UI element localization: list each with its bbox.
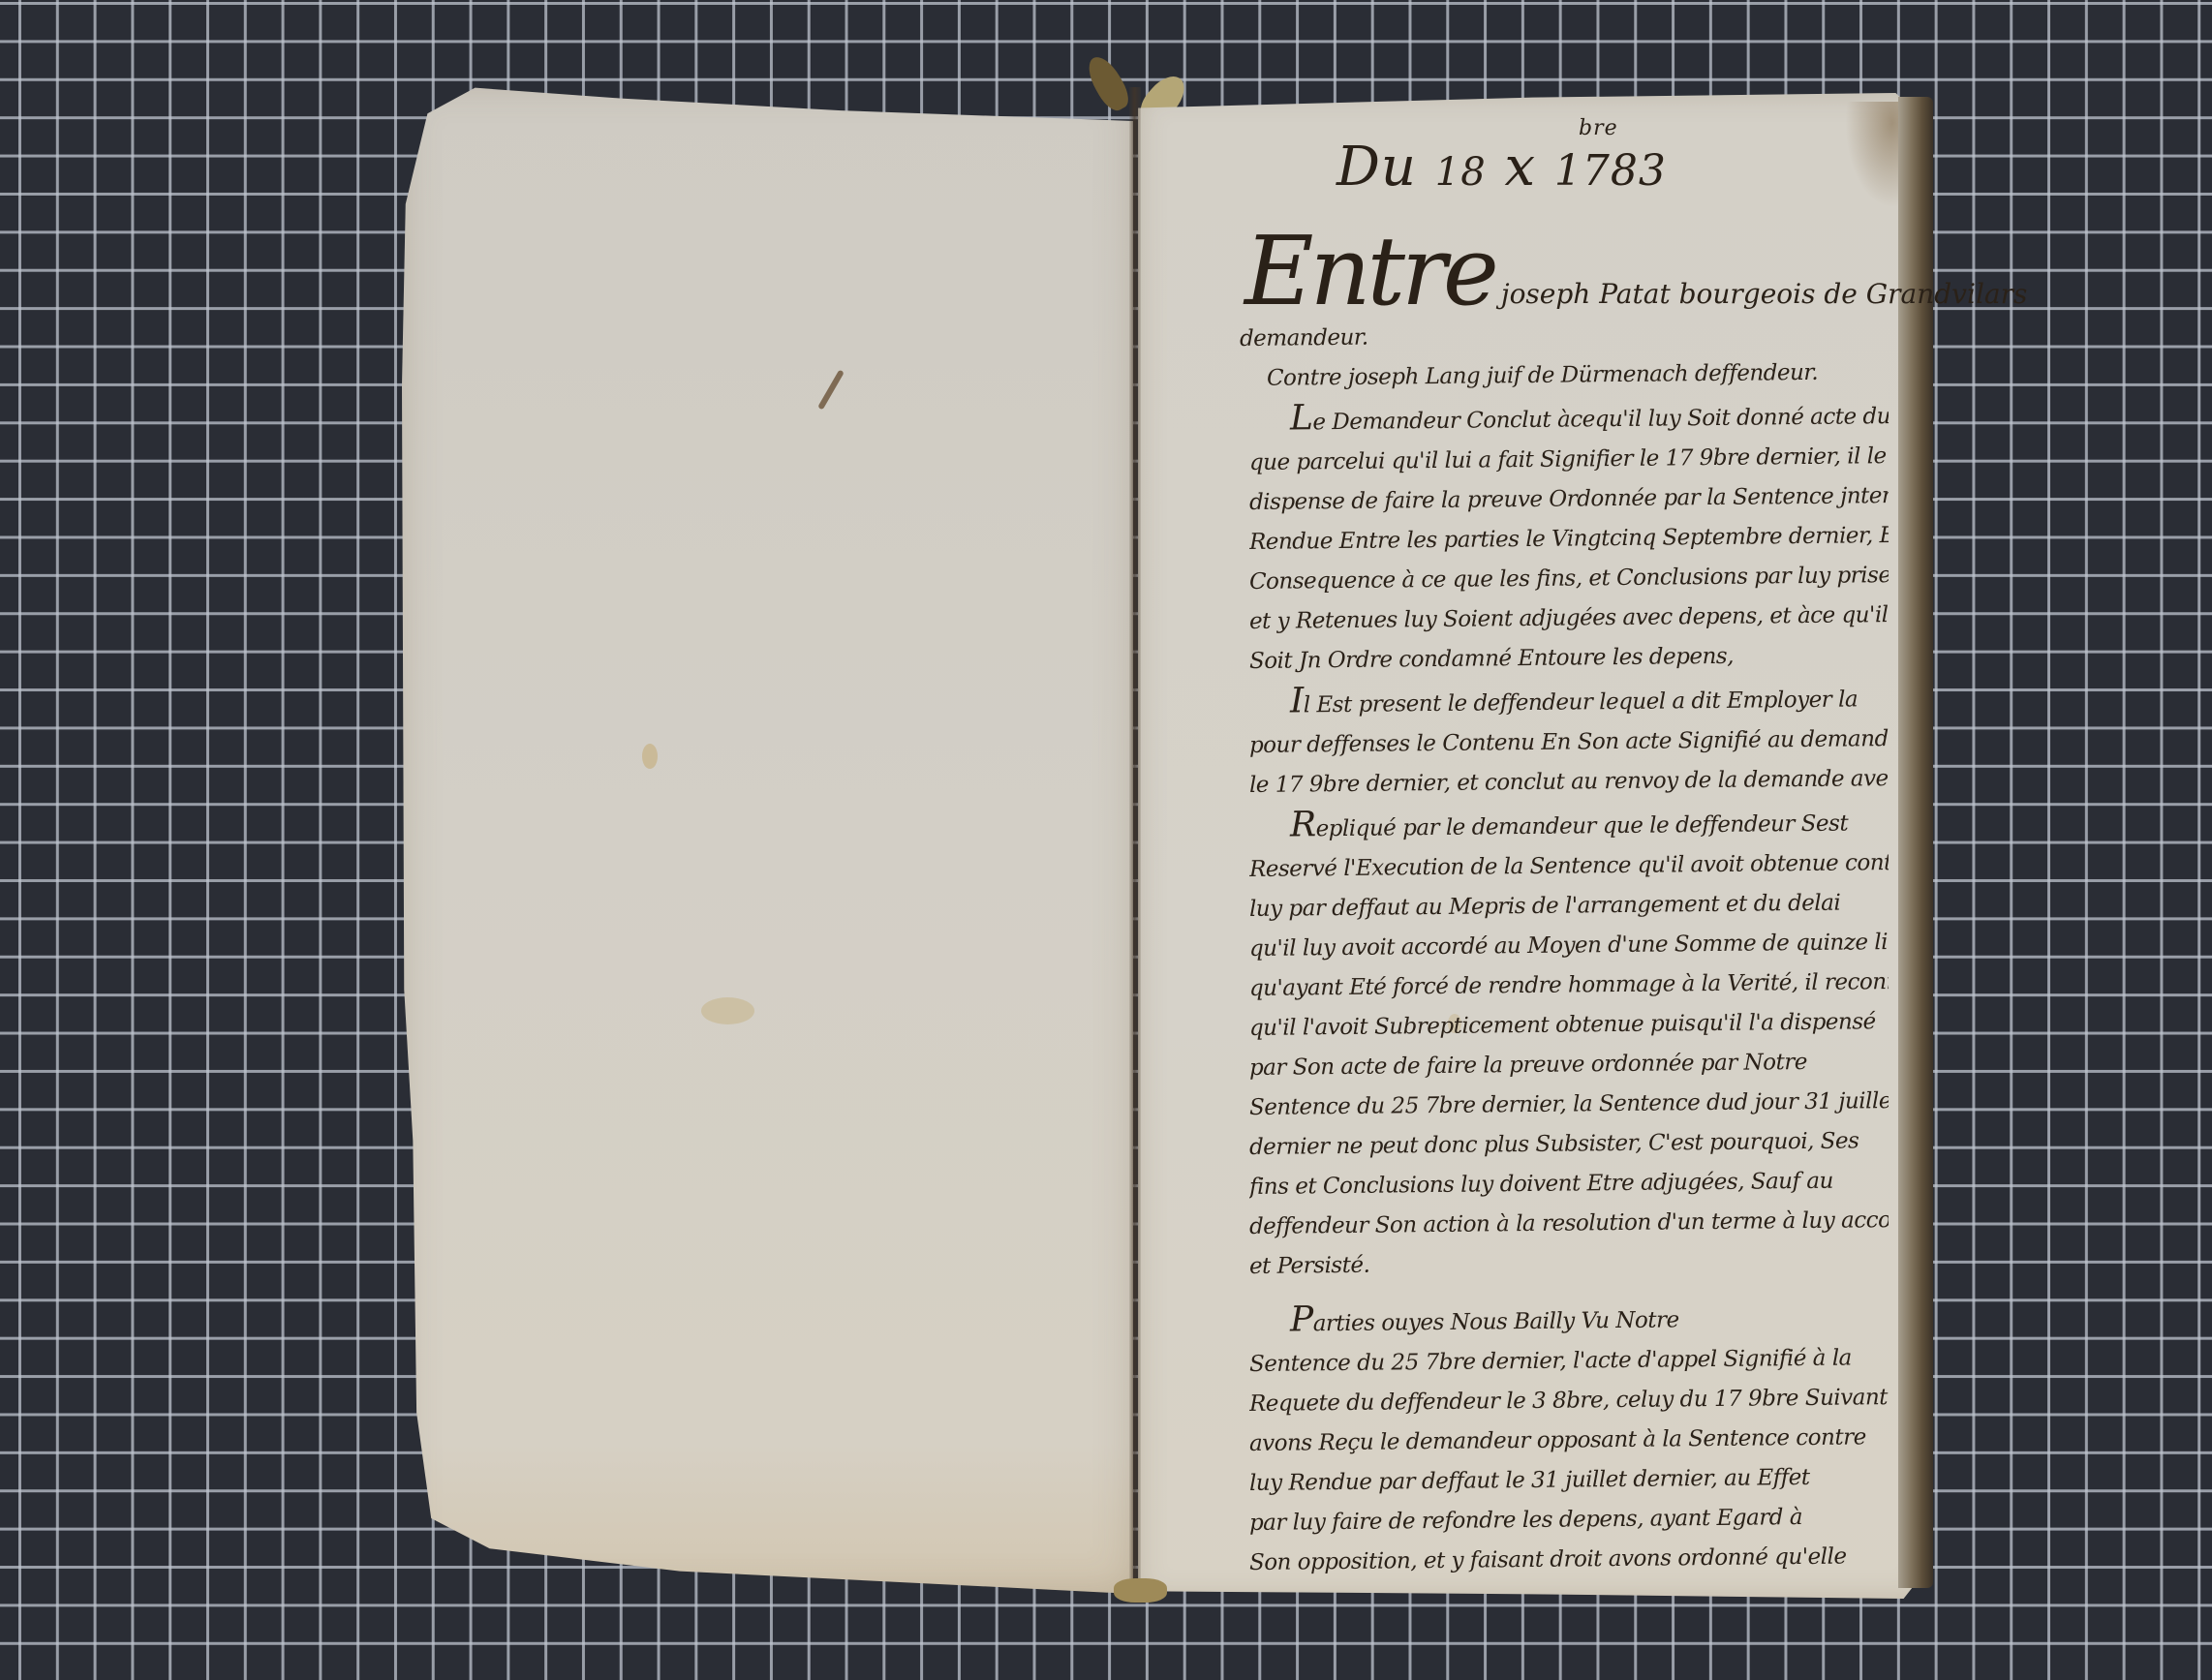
open-manuscript: Du 18 x bre 1783 Entre joseph Patat bour… xyxy=(0,0,2212,1680)
text-line: dispense de faire la preuve Ordonnée par… xyxy=(1249,476,1889,523)
binding-thread-top-left xyxy=(1082,51,1134,115)
text-line: par luy faire de refondre les depens, ay… xyxy=(1249,1497,1889,1543)
date-day: 18 xyxy=(1435,150,1487,195)
text-line: par Son acte de faire la preuve ordonnée… xyxy=(1249,1042,1889,1088)
text-line: Son opposition, et y faisant droit avons… xyxy=(1249,1537,1889,1583)
text-line: fins et Conclusions luy doivent Etre adj… xyxy=(1249,1161,1889,1207)
text-line: Le Demandeur Conclut àcequ'il luy Soit d… xyxy=(1249,392,1889,443)
text-line: luy par deffaut au Mepris de l'arrangeme… xyxy=(1249,883,1889,930)
text-line: dernier ne peut donc plus Subsister, C'e… xyxy=(1249,1121,1889,1168)
text-line: pour deffenses le Contenu En Son acte Si… xyxy=(1249,719,1889,766)
text-line: demandeur. xyxy=(1240,313,1889,359)
text-line: et Persisté. xyxy=(1249,1240,1889,1287)
text-line: Consequence à ce que les fins, et Conclu… xyxy=(1249,556,1889,602)
handwritten-text: Du 18 x bre 1783 Entre joseph Patat bour… xyxy=(1249,136,1889,1583)
text-line: Requete du deffendeur le 3 8bre, celuy d… xyxy=(1249,1378,1889,1424)
text-line: le 17 9bre dernier, et conclut au renvoy… xyxy=(1249,759,1889,806)
text-line: qu'il l'avoit Subrepticement obtenue pui… xyxy=(1249,1002,1889,1049)
text-line: Sentence du 25 7bre dernier, l'acte d'ap… xyxy=(1249,1338,1889,1385)
opening-capital: Entre xyxy=(1244,225,1495,320)
text-line: Contre joseph Lang juif de Dürmenach def… xyxy=(1249,352,1889,399)
page-edges xyxy=(1898,97,1933,1588)
text-line: avons Reçu le demandeur opposant à la Se… xyxy=(1249,1418,1889,1464)
opening-line: Entre joseph Patat bourgeois de Grandvil… xyxy=(1249,213,1889,320)
plaintiff-name: joseph Patat bourgeois de Grandvilars xyxy=(1501,278,2027,310)
text-line: Il Est present le deffendeur lequel a di… xyxy=(1249,675,1889,726)
text-line: Sentence du 25 7bre dernier, la Sentence… xyxy=(1249,1082,1889,1128)
binding-gutter xyxy=(1129,87,1141,1598)
text-line: Repliqué par le demandeur que le deffend… xyxy=(1249,799,1889,850)
text-line: luy Rendue par deffaut le 31 juillet der… xyxy=(1249,1457,1889,1504)
text-line: Soit Jn Ordre condamné Entoure les depen… xyxy=(1249,635,1889,682)
foxing-stain xyxy=(701,997,754,1024)
foxing-stain xyxy=(642,744,658,769)
left-page-blank xyxy=(402,83,1133,1594)
text-line: et y Retenues luy Soient adjugées avec d… xyxy=(1249,596,1889,642)
text-line: qu'ayant Eté forcé de rendre hommage à l… xyxy=(1249,962,1889,1009)
binding-thread-bottom xyxy=(1114,1578,1167,1603)
date-header: Du 18 x bre 1783 xyxy=(1336,136,1889,213)
text-line: que parcelui qu'il lui a fait Signifier … xyxy=(1249,437,1889,483)
text-line: Reservé l'Execution de la Sentence qu'il… xyxy=(1249,843,1889,890)
text-line: Parties ouyes Nous Bailly Vu Notre xyxy=(1249,1294,1889,1345)
date-prefix: Du xyxy=(1336,136,1417,199)
text-line: qu'il luy avoit accordé au Moyen d'une S… xyxy=(1249,923,1889,969)
text-line: Rendue Entre les parties le Vingtcinq Se… xyxy=(1249,516,1889,563)
date-month: x xyxy=(1505,136,1537,199)
date-year: 1783 xyxy=(1554,146,1667,196)
date-month-superscript: bre xyxy=(1579,116,1618,140)
text-line: deffendeur Son action à la resolution d'… xyxy=(1249,1201,1889,1247)
